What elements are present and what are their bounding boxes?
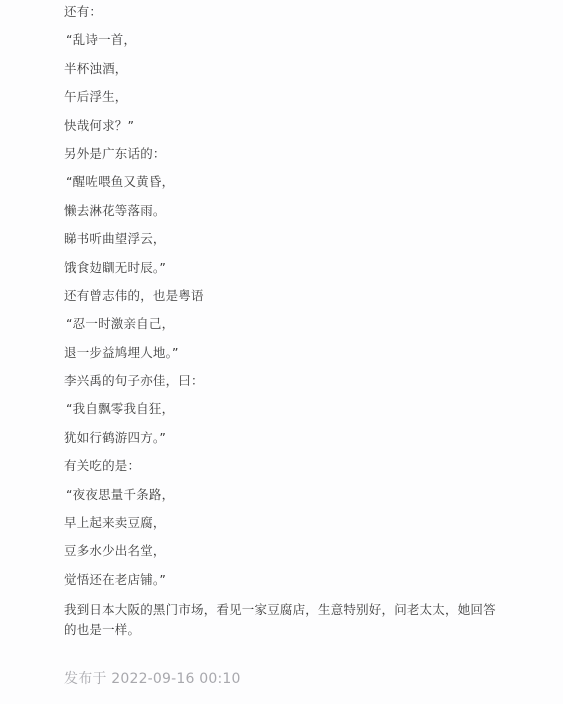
poem-line: 早上起来卖豆腐， <box>64 515 504 531</box>
poem-line: “乱诗一首， <box>64 32 504 48</box>
poem-line: “夜夜思量千条路， <box>64 487 504 503</box>
poem-line: 退一步益鸠埋人地。” <box>64 345 504 361</box>
publish-timestamp: 发布于 2022-09-16 00:10 <box>64 668 241 688</box>
poem-line: 半杯浊酒， <box>64 61 504 77</box>
text-line: 还有： <box>64 4 504 20</box>
closing-paragraph: 我到日本大阪的黑门市场，看见一家豆腐店，生意特别好，问老太太，她回答的也是一样。 <box>64 600 504 640</box>
poem-line: “我自飘零我自狂， <box>64 401 504 417</box>
text-line: 另外是广东话的： <box>64 146 504 162</box>
text-line: 李兴禹的句子亦佳，曰： <box>64 373 504 389</box>
article-body: 还有： “乱诗一首， 半杯浊酒， 午后浮生， 快哉何求？” 另外是广东话的： “… <box>64 4 504 640</box>
text-line: 有关吃的是： <box>64 458 504 474</box>
poem-line: 懒去淋花等落雨。 <box>64 203 504 219</box>
poem-line: 犹如行鹤游四方。” <box>64 430 504 446</box>
poem-line: 豆多水少出名堂， <box>64 543 504 559</box>
poem-line: “醒咗喂鱼又黄昏， <box>64 174 504 190</box>
poem-line: 睇书听曲望浮云， <box>64 231 504 247</box>
poem-line: 饿食攰瞓无时辰。” <box>64 260 504 276</box>
poem-line: 快哉何求？” <box>64 118 504 134</box>
text-line: 还有曾志伟的，也是粤语 <box>64 288 504 304</box>
poem-line: “忍一时激亲自己， <box>64 316 504 332</box>
poem-line: 觉悟还在老店铺。” <box>64 572 504 588</box>
poem-line: 午后浮生， <box>64 89 504 105</box>
